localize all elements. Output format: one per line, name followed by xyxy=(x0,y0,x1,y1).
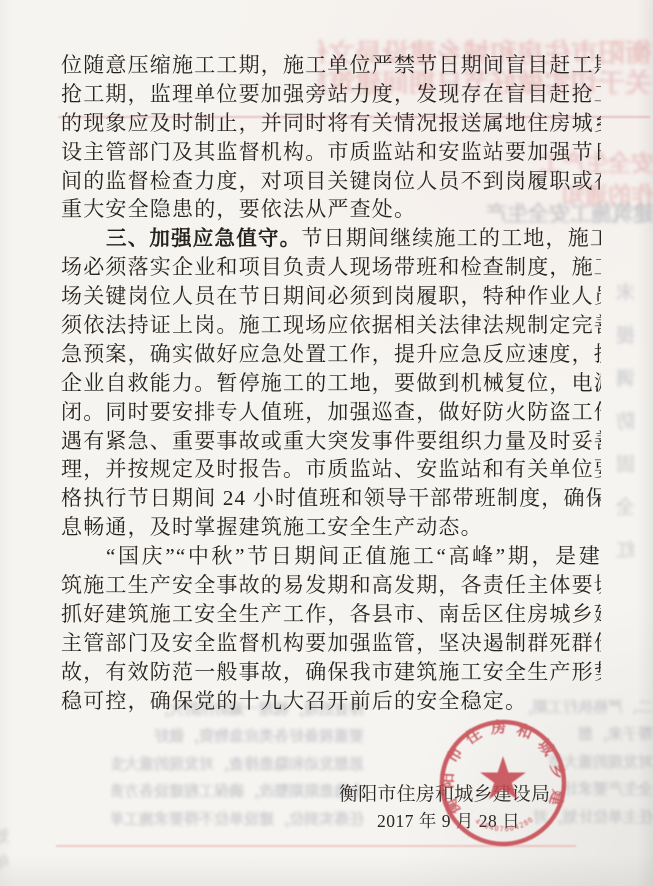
text-line: 须依法持证上岗。施工现场应依据相关法律法规制定完善应 xyxy=(61,311,601,340)
text-line: 理，并按规定及时报告。市质监站、安监站和有关单位要严 xyxy=(61,455,601,484)
bleedthrough-line: 全隐患限期整改，确保工程建设各方责 xyxy=(112,778,364,805)
text-line: 企业自救能力。暂停施工的工地，要做到机械复位，电源关 xyxy=(61,369,601,398)
text-line: 重大安全隐患的，要依法从严查处。 xyxy=(61,195,601,224)
text-line: 间的监督检查力度，对项目关键岗位人员不到岗履职或存在 xyxy=(61,167,601,196)
text-line: 设主管部门及其监督机构。市质监站和安监站要加强节日期 xyxy=(61,138,601,167)
bleedthrough-line: 任落实到位，建设单位不得要求施工单 xyxy=(112,806,364,833)
text-line: 筑施工生产安全事故的易发期和高发期，各责任主体要切实 xyxy=(61,571,601,600)
body-text: 位随意压缩施工工期，施工单位严禁节日期间盲目赶工期、 抢工期，监理单位要加强旁站… xyxy=(61,51,601,715)
bleedthrough-line: 思想发动和隐患排查，对发现的重大安 xyxy=(112,751,364,778)
bleedthrough-right-margin-column: 末提调防固全红 xyxy=(614,282,652,572)
text-line: 的现象应及时制止，并同时将有关情况报送属地住房城乡建 xyxy=(61,109,601,138)
text-line-rest: 节日期间继续施工的工地，施工现 xyxy=(301,226,601,250)
text-line: 稳可控，确保党的十九大召开前后的安全稳定。 xyxy=(61,687,601,716)
text-line: “国庆”“中秋”节日期间正值施工“高峰”期，是建 xyxy=(61,542,601,571)
seal-star xyxy=(480,756,526,799)
text-line: 三、加强应急值守。节日期间继续施工的工地，施工现 xyxy=(61,224,601,253)
text-line: 场必须落实企业和项目负责人现场带班和检查制度，施工现 xyxy=(61,253,601,282)
official-seal: 衡阳市住房和城乡建设局 4304070042806 xyxy=(436,716,570,850)
text-line: 格执行节日期间 24 小时值班和领导干部带班制度，确保信 xyxy=(61,484,601,513)
bleedthrough-line: 要重视备好各类应急物资，做好 xyxy=(112,723,364,750)
text-line: 闭。同时要安排专人值班，加强巡查，做好防火防盗工作， xyxy=(61,398,601,427)
section-heading: 三、加强应急值守。 xyxy=(106,227,301,250)
text-line: 主管部门及安全监督机构要加强监管，坚决遏制群死群伤事 xyxy=(61,629,601,658)
text-line: 故，有效防范一般事故，确保我市建筑施工安全生产形势平 xyxy=(61,658,601,687)
text-line: 急预案，确实做好应急处置工作，提升应急反应速度，提升 xyxy=(61,340,601,369)
text-line: 抓好建筑施工安全生产工作，各县市、南岳区住房城乡建设 xyxy=(61,600,601,629)
text-line: 遇有紧急、重要事故或重大突发事件要组织力量及时妥善处 xyxy=(61,427,601,456)
bleedthrough-left-edge-marks: 划年 xyxy=(0,828,22,886)
text-line: 息畅通，及时掌握建筑施工安全生产动态。 xyxy=(61,513,601,542)
scanned-document-page: 衡阳市住房和城乡建设局文件 关于切实做好节日期间建筑施工 安全生产工作的通知 建… xyxy=(0,0,653,886)
text-line: 位随意压缩施工工期，施工单位严禁节日期间盲目赶工期、 xyxy=(61,51,601,80)
text-line: 抢工期，监理单位要加强旁站力度，发现存在盲目赶抢工期 xyxy=(61,80,601,109)
text-line: 场关键岗位人员在节日期间必须到岗履职，特种作业人员必 xyxy=(61,282,601,311)
bleedthrough-bottom-left-block: 排查治理，梳理一遍防汛防火， 要重视备好各类应急物资，做好 思想发动和隐患排查，… xyxy=(112,696,364,836)
